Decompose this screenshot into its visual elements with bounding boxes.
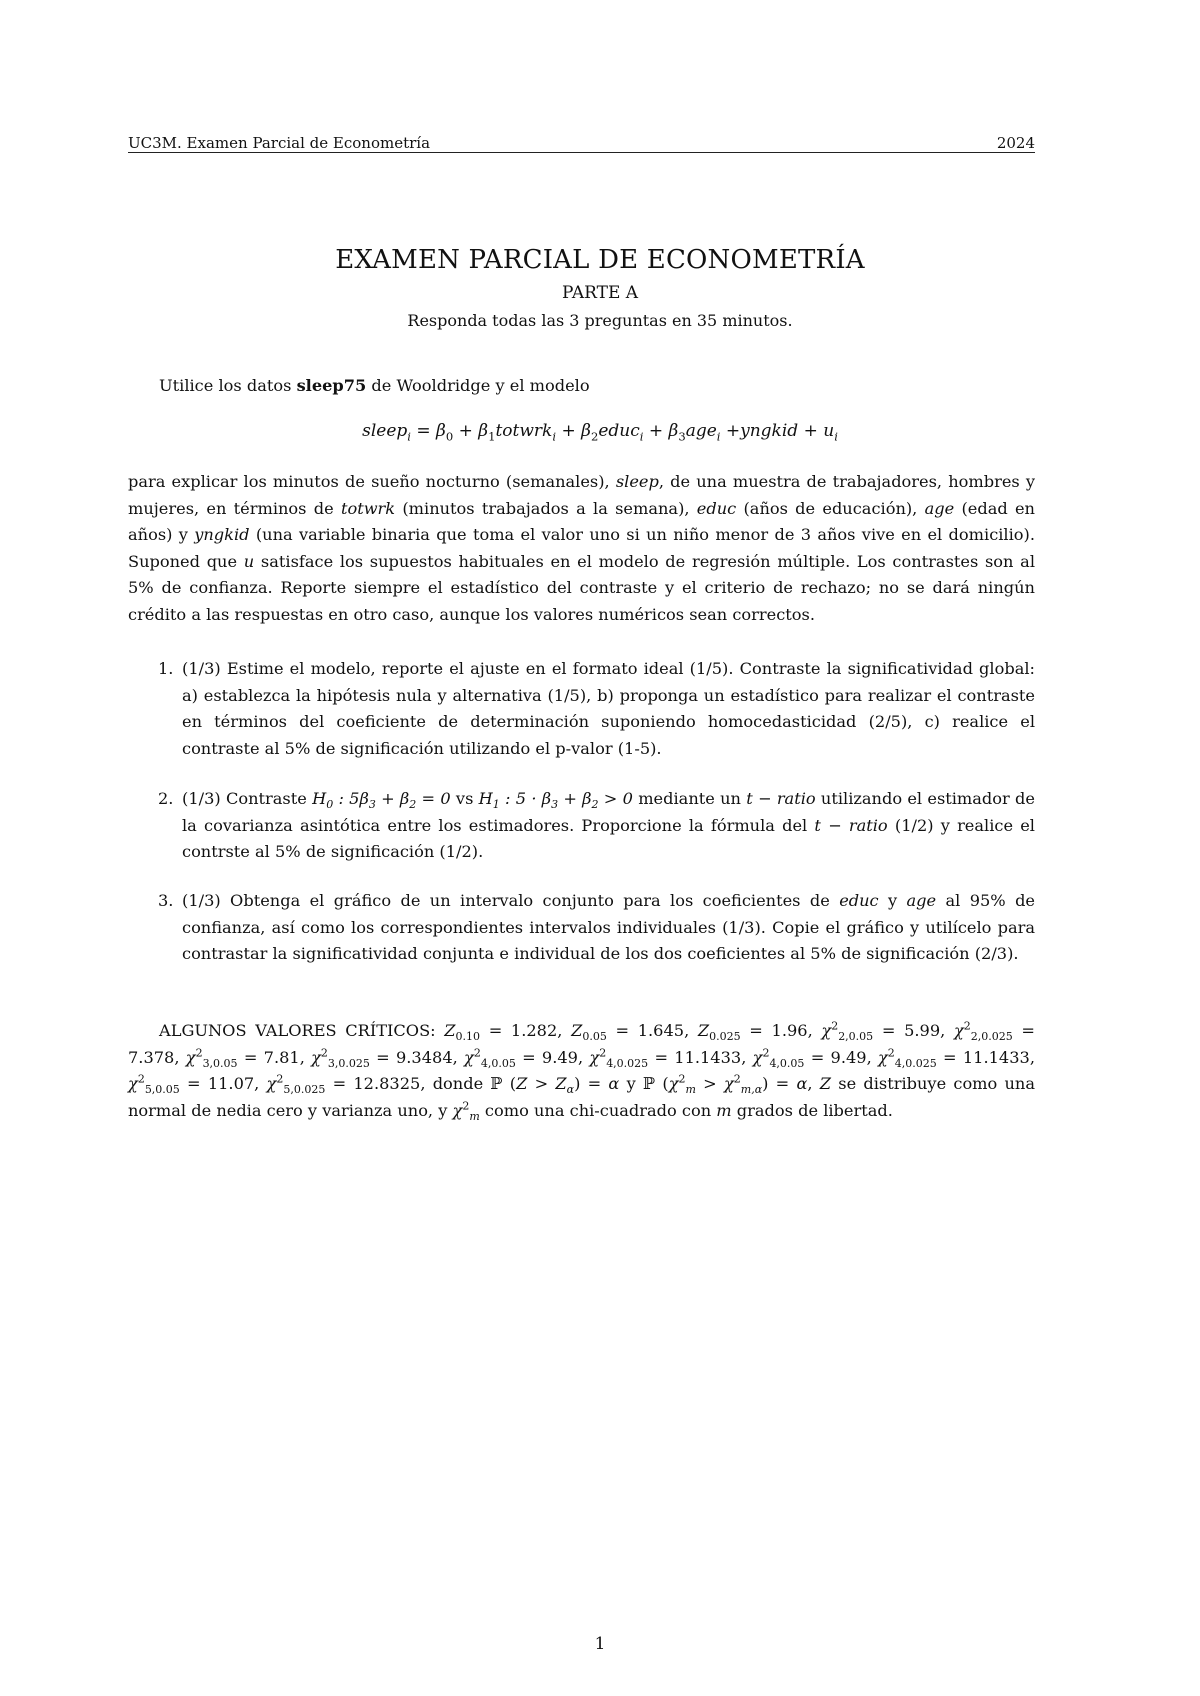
question-number: 3. <box>158 888 173 915</box>
page-number: 1 <box>0 1634 1200 1654</box>
question-1: 1. (1/3) Estime el modelo, reporte el aj… <box>158 656 1035 762</box>
header-year: 2024 <box>997 134 1035 152</box>
intro-paragraph: Utilice los datos sleep75 de Wooldridge … <box>128 373 1035 400</box>
running-header: UC3M. Examen Parcial de Econometría 2024 <box>128 130 1035 152</box>
critical-values-paragraph: ALGUNOS VALORES CRÍTICOS: Z0.10 = 1.282,… <box>128 1018 1035 1124</box>
question-2: 2. (1/3) Contraste H0 : 5β3 + β2 = 0 vs … <box>158 786 1035 866</box>
header-left: UC3M. Examen Parcial de Econometría <box>128 134 430 152</box>
exam-page: UC3M. Examen Parcial de Econometría 2024… <box>0 0 1200 1696</box>
exam-part: PARTE A <box>0 283 1200 303</box>
exam-instructions: Responda todas las 3 preguntas en 35 min… <box>0 311 1200 330</box>
model-equation: sleepi = β0 + β1totwrki + β2educi + β3ag… <box>0 421 1200 441</box>
question-3: 3. (1/3) Obtenga el gráfico de un interv… <box>158 888 1035 968</box>
intro-text-end: de Wooldridge y el modelo <box>366 376 589 395</box>
question-number: 1. <box>158 656 173 683</box>
description-paragraph: para explicar los minutos de sueño noctu… <box>128 469 1035 628</box>
alt-hypothesis: H1 : 5 · β3 + β2 > 0 <box>479 789 633 808</box>
header-rule <box>128 152 1035 153</box>
question-number: 2. <box>158 786 173 813</box>
question-text: (1/3) Estime el modelo, reporte el ajust… <box>182 659 1035 758</box>
dataset-name: sleep75 <box>297 376 367 395</box>
intro-text: Utilice los datos <box>159 376 297 395</box>
null-hypothesis: H0 : 5β3 + β2 = 0 <box>312 789 451 808</box>
exam-title: EXAMEN PARCIAL DE ECONOMETRÍA <box>0 245 1200 275</box>
